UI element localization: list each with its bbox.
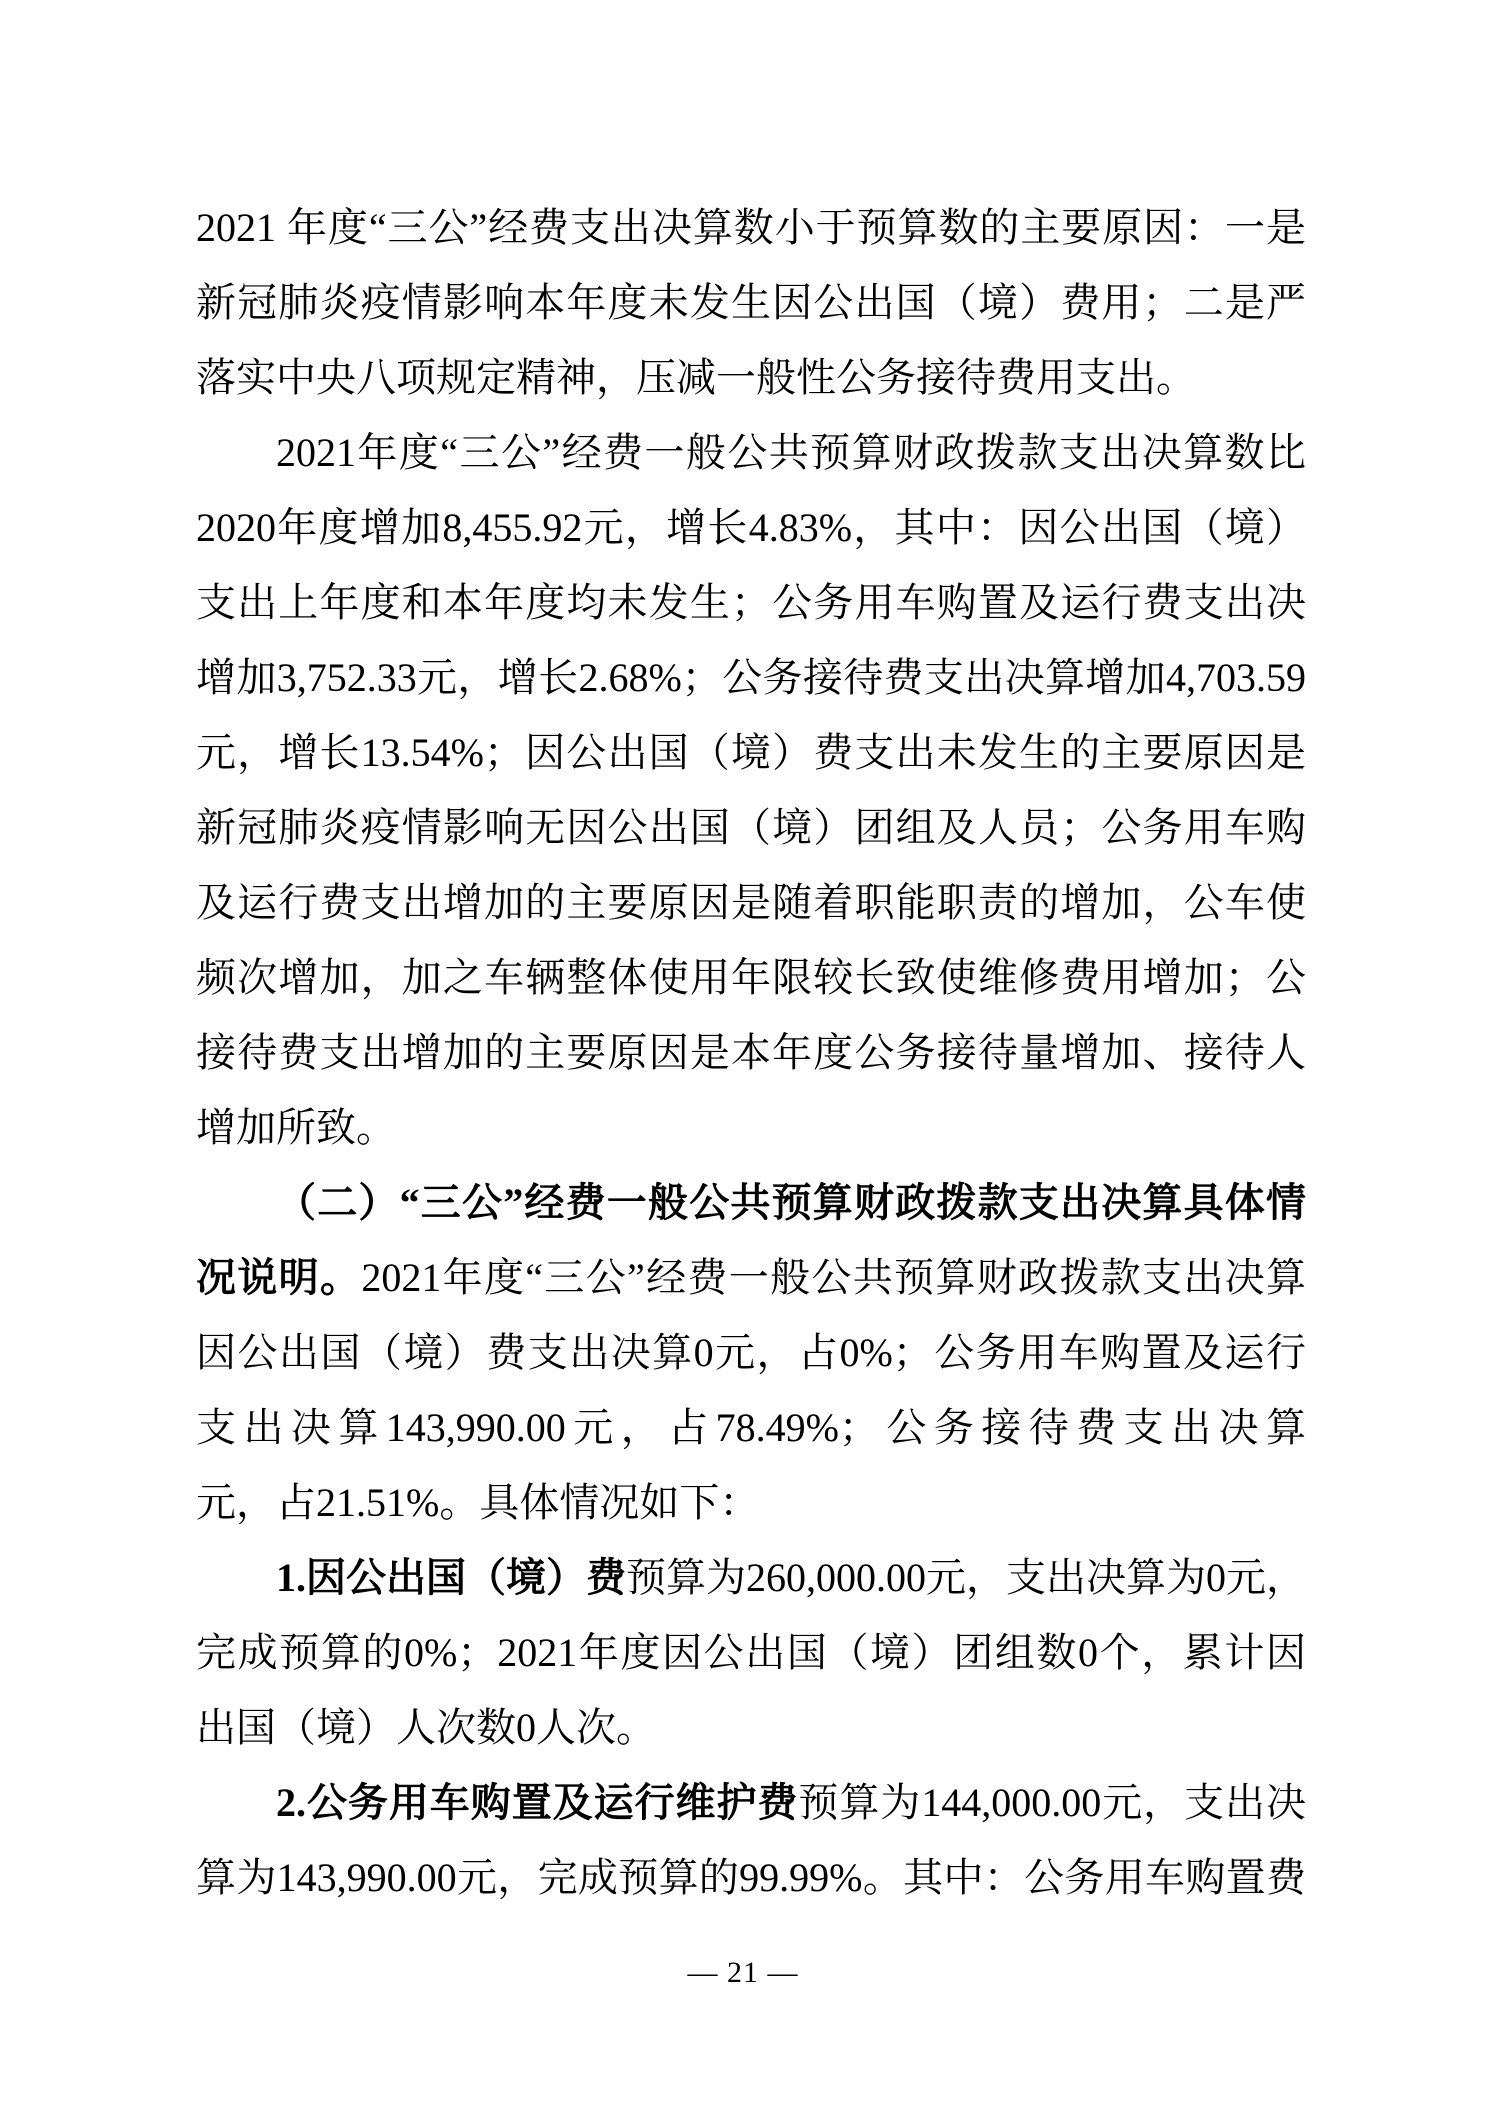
text-run: 出国（境）人次数0人次。 (196, 1705, 656, 1750)
page-number: — 21 — (0, 1956, 1486, 1996)
paragraph: 2021年度“三公”经费一般公共预算财政拨款支出决算数比 2020年度增加8,4… (196, 415, 1306, 1165)
text-line: 元，增长13.54%；因公出国（境）费支出未发生的主要原因是受 (196, 715, 1306, 790)
paragraph: 1.因公出国（境）费预算为260,000.00元，支出决算为0元， 完成预算的0… (196, 1540, 1306, 1765)
text-line: 及运行费支出增加的主要原因是随着职能职责的增加，公车使用 (196, 865, 1306, 940)
text-line: 接待费支出增加的主要原因是本年度公务接待量增加、接待人数 (196, 1015, 1306, 1090)
text-run: 完成预算的0%；2021年度因公出国（境）团组数0个，累计因公 (196, 1630, 1306, 1690)
text-run: 支出决算143,990.00元，占78.49%；公务接待费支出决算39,451.… (196, 1405, 1306, 1465)
text-run: 新冠肺炎疫情影响本年度未发生因公出国（境）费用；二是严格 (196, 280, 1306, 340)
text-run: 及运行费支出增加的主要原因是随着职能职责的增加，公车使用 (196, 880, 1306, 940)
bold-run: 1.因公出国（境）费 (276, 1555, 626, 1600)
text-line: 2021 年度“三公”经费支出决算数小于预算数的主要原因：一是受 (196, 190, 1306, 265)
text-run: 因公出国（境）费支出决算0元，占0%；公务用车购置及运行费 (196, 1330, 1306, 1390)
text-line: 频次增加，加之车辆整体使用年限较长致使维修费用增加；公务 (196, 940, 1306, 1015)
paragraph: （二）“三公”经费一般公共预算财政拨款支出决算具体情 况说明。2021年度“三公… (196, 1165, 1306, 1540)
text-line: 出国（境）人次数0人次。 (196, 1690, 1306, 1765)
text-line: 新冠肺炎疫情影响本年度未发生因公出国（境）费用；二是严格 (196, 265, 1306, 340)
text-line: 况说明。2021年度“三公”经费一般公共预算财政拨款支出决算中， (196, 1240, 1306, 1315)
text-run: 2020年度增加8,455.92元，增长4.83%，其中：因公出国（境）费 (196, 505, 1306, 565)
text-line: 1.因公出国（境）费预算为260,000.00元，支出决算为0元， (196, 1540, 1306, 1615)
text-run: 预算为260,000.00元，支出决算为0元， (626, 1555, 1306, 1600)
text-line: 增加3,752.33元，增长2.68%；公务接待费支出决算增加4,703.59 (196, 640, 1306, 715)
text-run: 预算为144,000.00元，支出决 (798, 1780, 1306, 1825)
text-line: 2.公务用车购置及运行维护费预算为144,000.00元，支出决 (196, 1765, 1306, 1840)
text-line: 算为143,990.00元，完成预算的99.99%。其中：公务用车购置费 (196, 1840, 1306, 1915)
text-run: 新冠肺炎疫情影响无因公出国（境）团组及人员；公务用车购置 (196, 805, 1306, 865)
text-run: 接待费支出增加的主要原因是本年度公务接待量增加、接待人数 (196, 1030, 1306, 1090)
text-line: 2021年度“三公”经费一般公共预算财政拨款支出决算数比 (196, 415, 1306, 490)
text-line: 2020年度增加8,455.92元，增长4.83%，其中：因公出国（境）费 (196, 490, 1306, 565)
text-line: 支出决算143,990.00元，占78.49%；公务接待费支出决算39,451.… (196, 1390, 1306, 1465)
text-run: 元，增长13.54%；因公出国（境）费支出未发生的主要原因是受 (196, 730, 1306, 790)
text-run: 2021 年度“三公”经费支出决算数小于预算数的主要原因：一是受 (196, 205, 1306, 265)
text-line: （二）“三公”经费一般公共预算财政拨款支出决算具体情 (196, 1165, 1306, 1240)
text-run: 元，占21.51%。具体情况如下： (196, 1480, 759, 1525)
text-run: 算为143,990.00元，完成预算的99.99%。其中：公务用车购置费 (196, 1855, 1306, 1900)
text-line: 支出上年度和本年度均未发生；公务用车购置及运行费支出决算 (196, 565, 1306, 640)
text-line: 完成预算的0%；2021年度因公出国（境）团组数0个，累计因公 (196, 1615, 1306, 1690)
document-body: 2021 年度“三公”经费支出决算数小于预算数的主要原因：一是受 新冠肺炎疫情影… (196, 190, 1306, 1915)
text-run: 增加所致。 (196, 1105, 396, 1150)
paragraph: 2021 年度“三公”经费支出决算数小于预算数的主要原因：一是受 新冠肺炎疫情影… (196, 190, 1306, 415)
text-run: 频次增加，加之车辆整体使用年限较长致使维修费用增加；公务 (196, 955, 1306, 1015)
text-line: 元，占21.51%。具体情况如下： (196, 1465, 1306, 1540)
paragraph: 2.公务用车购置及运行维护费预算为144,000.00元，支出决 算为143,9… (196, 1765, 1306, 1915)
text-line: 新冠肺炎疫情影响无因公出国（境）团组及人员；公务用车购置 (196, 790, 1306, 865)
document-page: 2021 年度“三公”经费支出决算数小于预算数的主要原因：一是受 新冠肺炎疫情影… (0, 0, 1486, 2103)
text-run: 支出上年度和本年度均未发生；公务用车购置及运行费支出决算 (196, 580, 1306, 640)
text-run: 落实中央八项规定精神，压减一般性公务接待费用支出。 (196, 355, 1196, 400)
bold-run: 2.公务用车购置及运行维护费 (276, 1780, 798, 1825)
bold-run: 况说明。 (196, 1255, 361, 1300)
text-line: 增加所致。 (196, 1090, 1306, 1165)
text-line: 落实中央八项规定精神，压减一般性公务接待费用支出。 (196, 340, 1306, 415)
text-run: 增加3,752.33元，增长2.68%；公务接待费支出决算增加4,703.59 (196, 655, 1306, 700)
bold-run: （二）“三公”经费一般公共预算财政拨款支出决算具体情 (276, 1180, 1306, 1225)
text-run: 2021年度“三公”经费一般公共预算财政拨款支出决算数比 (276, 430, 1306, 475)
text-line: 因公出国（境）费支出决算0元，占0%；公务用车购置及运行费 (196, 1315, 1306, 1390)
text-run: 2021年度“三公”经费一般公共预算财政拨款支出决算中， (196, 1255, 1306, 1315)
